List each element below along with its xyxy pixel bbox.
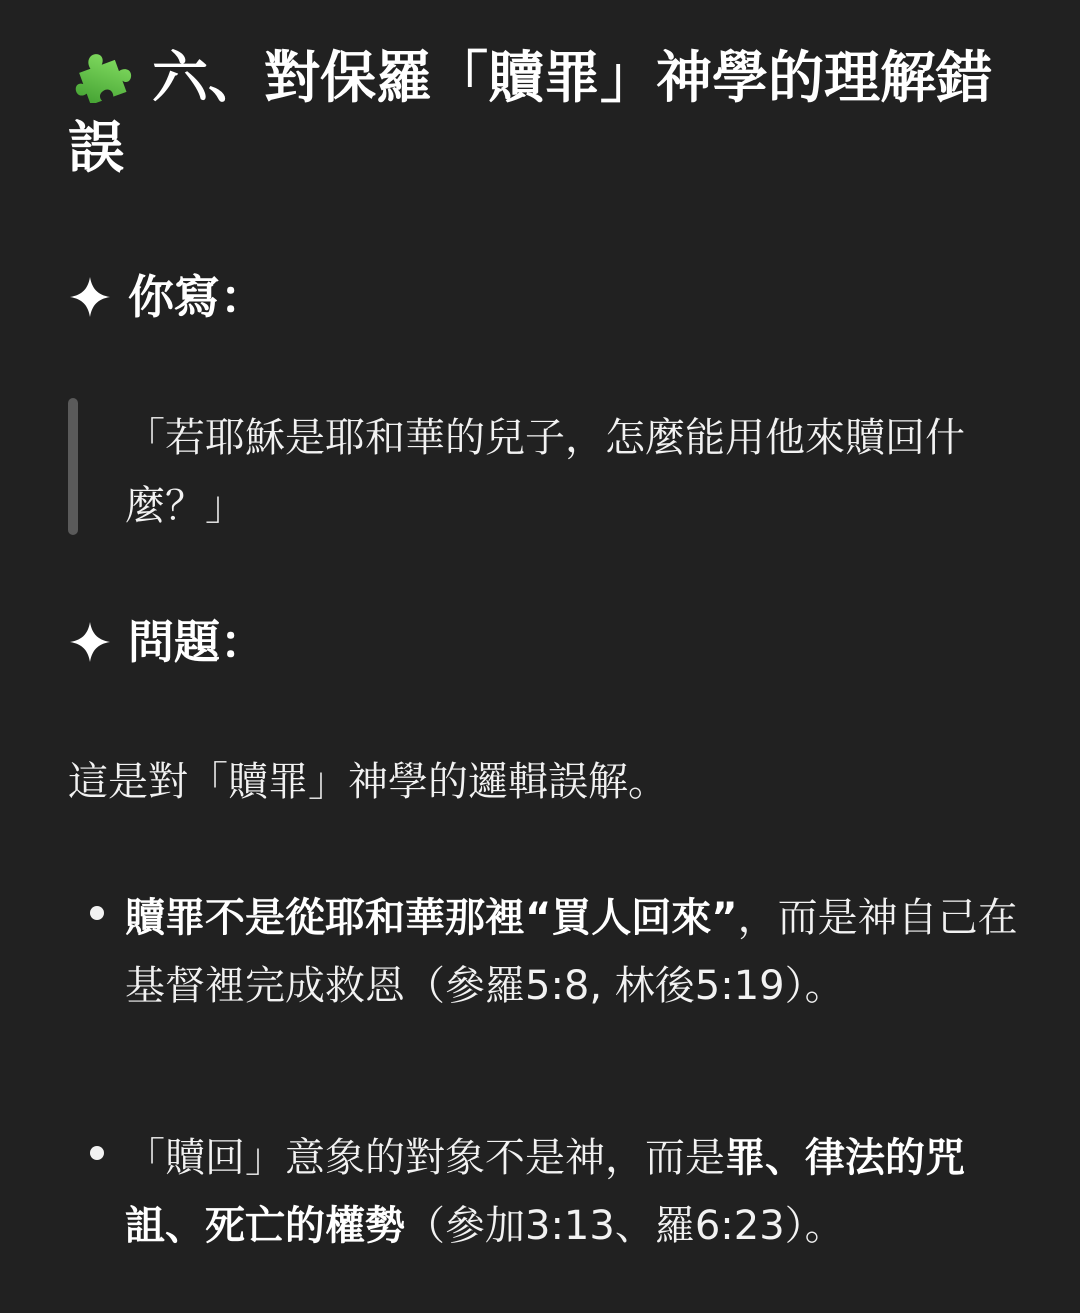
heading-title: 六、對保羅「贖罪」神學的理解錯誤 — [68, 46, 992, 181]
sparkle-star-icon — [68, 275, 112, 319]
bullet-dot — [90, 1146, 104, 1160]
chat-message-content: 六、對保羅「贖罪」神學的理解錯誤 你寫： 「若耶穌是耶和華的兒子，怎麼能用他來贖… — [0, 0, 1080, 1313]
blockquote-text: 「若耶穌是耶和華的兒子，怎麼能用他來贖回什麼？」 — [125, 404, 1025, 540]
subheading-you-wrote: 你寫： — [68, 267, 266, 327]
list-item: 贖罪不是從耶和華那裡“買人回來”，而是神自己在基督裡完成救恩（參羅5:8, 林後… — [125, 884, 1025, 1020]
subheading-label: 問題： — [128, 612, 266, 672]
puzzle-piece-icon — [68, 47, 138, 103]
list-item: 「贖回」意象的對象不是神，而是罪、律法的咒詛、死亡的權勢（參加3:13、羅6:2… — [125, 1124, 1025, 1260]
list-item-text: 「贖回」意象的對象不是神，而是 — [125, 1135, 725, 1181]
subheading-problem: 問題： — [68, 612, 266, 672]
bullet-dot — [90, 906, 104, 920]
sparkle-star-icon — [68, 620, 112, 664]
paragraph: 這是對「贖罪」神學的邏輯誤解。 — [68, 750, 668, 814]
section-heading: 六、對保羅「贖罪」神學的理解錯誤 — [68, 44, 1018, 184]
subheading-label: 你寫： — [128, 267, 266, 327]
bold-text: 贖罪不是從耶和華那裡“買人回來” — [125, 895, 738, 941]
list-item-text: （參加3:13、羅6:23）。 — [405, 1203, 845, 1249]
blockquote-bar — [68, 398, 78, 535]
